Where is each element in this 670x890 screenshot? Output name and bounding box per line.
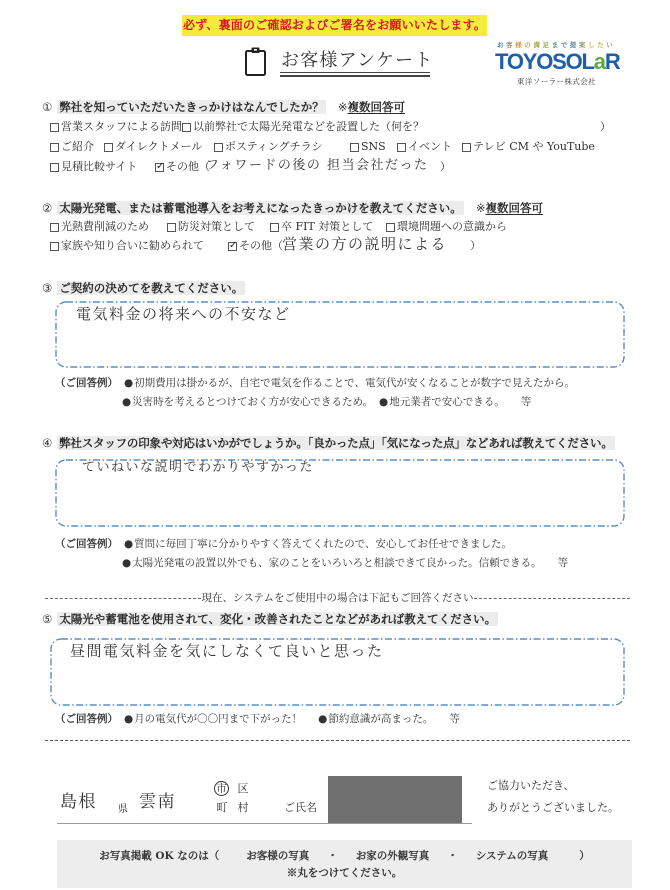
photo-separator: ・ xyxy=(327,849,338,863)
q3-number: ③ xyxy=(42,281,52,295)
checkbox[interactable] xyxy=(386,223,395,232)
etc-mark: 等 xyxy=(558,557,569,569)
note-text: 複数回答可 xyxy=(485,201,543,215)
checkbox[interactable] xyxy=(350,143,359,152)
q4-examples-line-1: （ご回答例）質問に毎回丁寧に分かりやすく答えてくれたので、安心してお任せできまし… xyxy=(55,537,518,551)
q2-option-cost-reduction[interactable]: 光熱費削減のため xyxy=(50,220,149,234)
checkbox[interactable] xyxy=(397,143,406,152)
name-field-redacted[interactable] xyxy=(328,776,462,823)
q3-answer-text[interactable]: 電気料金の将来への不安など xyxy=(76,305,291,323)
q5-examples-line: （ご回答例）月の電気代が〇〇円まで下がった！節約意識が高まった。等 xyxy=(55,712,460,726)
examples-label: （ご回答例） xyxy=(55,538,118,550)
q1-option-posting-flyer[interactable]: ポスティングチラシ xyxy=(214,140,323,154)
prefecture-field[interactable]: 島根 xyxy=(60,792,97,812)
checkbox[interactable] xyxy=(50,242,59,251)
option-label: その他（ xyxy=(166,160,210,174)
city-type-label[interactable]: 町 xyxy=(215,801,229,815)
page-title: お客様アンケート xyxy=(281,50,434,72)
checkbox[interactable] xyxy=(182,123,191,132)
company-logo: TOYOSOLaR xyxy=(495,50,620,74)
q5-heading-text: 太陽光や蓄電池を使用されて、変化・改善されたことなどがあれば教えてください。 xyxy=(57,612,498,626)
checkbox[interactable] xyxy=(50,163,59,172)
q3-examples-line-1: （ご回答例）初期費用は掛かるが、自宅で電気を作ることで、電気代が安くなることが数… xyxy=(55,376,581,390)
address-underline xyxy=(57,823,472,824)
photo-consent-prefix: お写真掲載 OK なのは（ xyxy=(99,849,219,863)
q2-option-other[interactable]: その他（ xyxy=(228,239,283,253)
checkbox[interactable] xyxy=(50,123,59,132)
q1-option-referral[interactable]: ご紹介 xyxy=(50,140,94,154)
q2-option-recommended[interactable]: 家族や知り合いに勧められて xyxy=(50,239,204,253)
photo-consent-options: お写真掲載 OK なのは（ お客様の写真 ・ お家の外観写真 ・ システムの写真… xyxy=(57,849,632,863)
q1-option-previous-install-close: ） xyxy=(600,120,611,134)
thanks-line-1: ご協力いただき、 xyxy=(487,779,575,793)
city-type-ku[interactable]: 区 xyxy=(236,782,250,796)
q1-option-other-close: ） xyxy=(440,160,451,174)
q1-option-direct-mail[interactable]: ダイレクトメール xyxy=(104,140,202,154)
checkbox[interactable] xyxy=(214,143,223,152)
q1-heading: ①弊社を知っていただいたきっかけはなんでしたか？※複数回答可 xyxy=(42,100,405,115)
photo-consent-suffix: ） xyxy=(579,849,590,863)
logo-tagline: お客様の満足まで提案したい xyxy=(497,40,625,49)
etc-mark: 等 xyxy=(449,713,460,725)
option-label: 営業スタッフによる訪問 xyxy=(61,120,182,134)
q2-heading-text: 太陽光発電、または蓄電池導入をお考えになったきっかけを教えてください。 xyxy=(57,201,464,215)
city-type-machi[interactable]: 町 xyxy=(215,801,229,815)
q4-heading: ④弊社スタッフの印象や対応はいかがでしょうか。「良かった点」「気になった点」など… xyxy=(42,436,615,451)
logo-text-main: TOYOSOL xyxy=(495,49,594,74)
q1-option-event[interactable]: イベント xyxy=(397,140,452,154)
prefecture-label: 県 xyxy=(118,803,128,817)
checkbox[interactable] xyxy=(462,143,471,152)
q1-other-answer[interactable]: フォワードの後の 担当会社だった xyxy=(206,159,428,173)
option-label: その他（ xyxy=(239,239,283,253)
name-label: ご氏名 xyxy=(284,801,317,815)
q1-option-comparison-site[interactable]: 見積比較サイト xyxy=(50,160,137,174)
option-label: テレビ CM や YouTube xyxy=(473,140,595,154)
q5-heading: ⑤太陽光や蓄電池を使用されて、変化・改善されたことなどがあれば教えてください。 xyxy=(42,612,498,627)
option-label: 防災対策として xyxy=(178,220,255,234)
q4-heading-text: 弊社スタッフの印象や対応はいかがでしょうか。「良かった点」「気になった点」などあ… xyxy=(57,436,615,450)
checkbox[interactable] xyxy=(50,143,59,152)
option-label: 見積比較サイト xyxy=(61,160,137,174)
dashed-line xyxy=(474,598,630,599)
option-label: ダイレクトメール xyxy=(115,140,202,154)
option-label: ご紹介 xyxy=(61,140,94,154)
examples-label: （ご回答例） xyxy=(55,377,118,389)
q1-number: ① xyxy=(42,100,52,114)
q1-option-previous-install[interactable]: 以前弊社で太陽光発電などを設置した（何を？ xyxy=(182,120,424,134)
q1-multi-answer-note: ※複数回答可 xyxy=(338,100,405,114)
q5-number: ⑤ xyxy=(42,612,52,626)
photo-option-house-exterior[interactable]: お家の外観写真 xyxy=(356,849,430,863)
photo-consent-bar xyxy=(57,840,632,888)
divider-text: 現在、システムをご使用中の場合は下記もご回答ください xyxy=(201,591,475,605)
city-field[interactable]: 雲南 xyxy=(139,792,176,812)
q1-option-other[interactable]: その他（ xyxy=(155,160,210,174)
city-type-label[interactable]: 村 xyxy=(236,801,250,815)
note-mark: ※ xyxy=(338,100,348,114)
etc-mark: 等 xyxy=(521,396,532,408)
thanks-line-2: ありがとうございました。 xyxy=(487,801,619,815)
title-double-underline xyxy=(280,72,430,77)
q4-answer-text[interactable]: ていねいな説明でわかりやすかった xyxy=(82,461,314,475)
company-name: 東洋ソーラー株式会社 xyxy=(517,76,596,87)
example-item: 太陽光発電の設置以外でも、家のことをいろいろと相談できて良かった。信頼できる。 xyxy=(122,557,542,569)
survey-page: 必ず、裏面のご確認およびご署名をお願いいたします。 お客様アンケート お客様の満… xyxy=(0,0,670,890)
checkbox[interactable] xyxy=(155,163,164,172)
q4-examples-line-2: 太陽光発電の設置以外でも、家のことをいろいろと相談できて良かった。信頼できる。等 xyxy=(122,556,568,570)
notice-banner: 必ず、裏面のご確認およびご署名をお願いいたします。 xyxy=(182,15,487,36)
checkbox[interactable] xyxy=(270,223,279,232)
checkbox[interactable] xyxy=(104,143,113,152)
photo-separator: ・ xyxy=(447,849,458,863)
q2-multi-answer-note: ※複数回答可 xyxy=(476,201,543,215)
option-label: イベント xyxy=(408,140,452,154)
q3-heading-text: ご契約の決めてを教えてください。 xyxy=(57,281,245,295)
logo-text-end: R xyxy=(605,49,620,74)
option-label: SNS xyxy=(361,140,386,154)
clipboard-icon xyxy=(244,46,268,77)
q2-option-environment[interactable]: 環境問題への意識から xyxy=(386,220,507,234)
q2-heading: ②太陽光発電、または蓄電池導入をお考えになったきっかけを教えてください。※複数回… xyxy=(42,201,543,216)
section-dashed-rule xyxy=(45,740,630,741)
q2-other-answer[interactable]: 営業の方の説明による xyxy=(282,235,447,253)
option-label: ポスティングチラシ xyxy=(225,140,323,154)
option-label: 卒 FIT 対策として xyxy=(281,220,373,234)
dashed-line xyxy=(45,598,201,599)
note-text: 複数回答可 xyxy=(347,100,405,114)
city-type-label[interactable]: 区 xyxy=(236,782,250,796)
photo-option-system[interactable]: システムの写真 xyxy=(476,849,548,863)
example-item: 地元業者で安心できる。 xyxy=(379,396,505,408)
q5-answer-text[interactable]: 昼間電気料金を気にしなくて良いと思った xyxy=(70,642,384,660)
option-label: 環境問題への意識から xyxy=(397,220,507,234)
option-label: 家族や知り合いに勧められて xyxy=(61,239,204,253)
logo-text-accent: a xyxy=(594,49,605,74)
option-label: 以前弊社で太陽光発電などを設置した（何を？ xyxy=(193,120,424,134)
example-item: 災害時を考えるとつけておく方が安心できるため。 xyxy=(122,396,373,408)
photo-option-customer[interactable]: お客様の写真 xyxy=(246,849,309,863)
q1-heading-text: 弊社を知っていただいたきっかけはなんでしたか？ xyxy=(57,100,326,114)
city-type-shi[interactable]: 市 xyxy=(214,781,229,796)
q1-option-tv-youtube[interactable]: テレビ CM や YouTube xyxy=(462,140,595,154)
checkbox[interactable] xyxy=(50,223,59,232)
city-type-mura[interactable]: 村 xyxy=(236,801,250,815)
q3-heading: ③ご契約の決めてを教えてください。 xyxy=(42,281,245,296)
q1-option-sales-visit[interactable]: 営業スタッフによる訪問 xyxy=(50,120,182,134)
q2-option-other-close: ） xyxy=(470,239,481,253)
example-item: 初期費用は掛かるが、自宅で電気を作ることで、電気代が安くなることが数字で見えたか… xyxy=(124,377,575,389)
q2-option-post-fit[interactable]: 卒 FIT 対策として xyxy=(270,220,373,234)
photo-consent-note: ※丸をつけてください。 xyxy=(57,866,632,880)
example-item: 月の電気代が〇〇円まで下がった！ xyxy=(124,713,302,725)
q1-option-sns[interactable]: SNS xyxy=(350,140,386,154)
q2-option-disaster-prevention[interactable]: 防災対策として xyxy=(167,220,255,234)
example-item: 質問に毎回丁寧に分かりやすく答えてくれたので、安心してお任せできました。 xyxy=(124,538,512,550)
checkbox[interactable] xyxy=(228,242,237,251)
example-item: 節約意識が高まった。 xyxy=(318,713,433,725)
q2-number: ② xyxy=(42,201,52,215)
current-user-divider: 現在、システムをご使用中の場合は下記もご回答ください xyxy=(45,591,630,605)
q3-examples-line-2: 災害時を考えるとつけておく方が安心できるため。地元業者で安心できる。等 xyxy=(122,395,531,409)
city-type-label[interactable]: 市 xyxy=(214,781,229,796)
note-mark: ※ xyxy=(476,201,486,215)
checkbox[interactable] xyxy=(167,223,176,232)
option-label: 光熱費削減のため xyxy=(61,220,149,234)
q4-number: ④ xyxy=(42,436,52,450)
examples-label: （ご回答例） xyxy=(55,713,118,725)
